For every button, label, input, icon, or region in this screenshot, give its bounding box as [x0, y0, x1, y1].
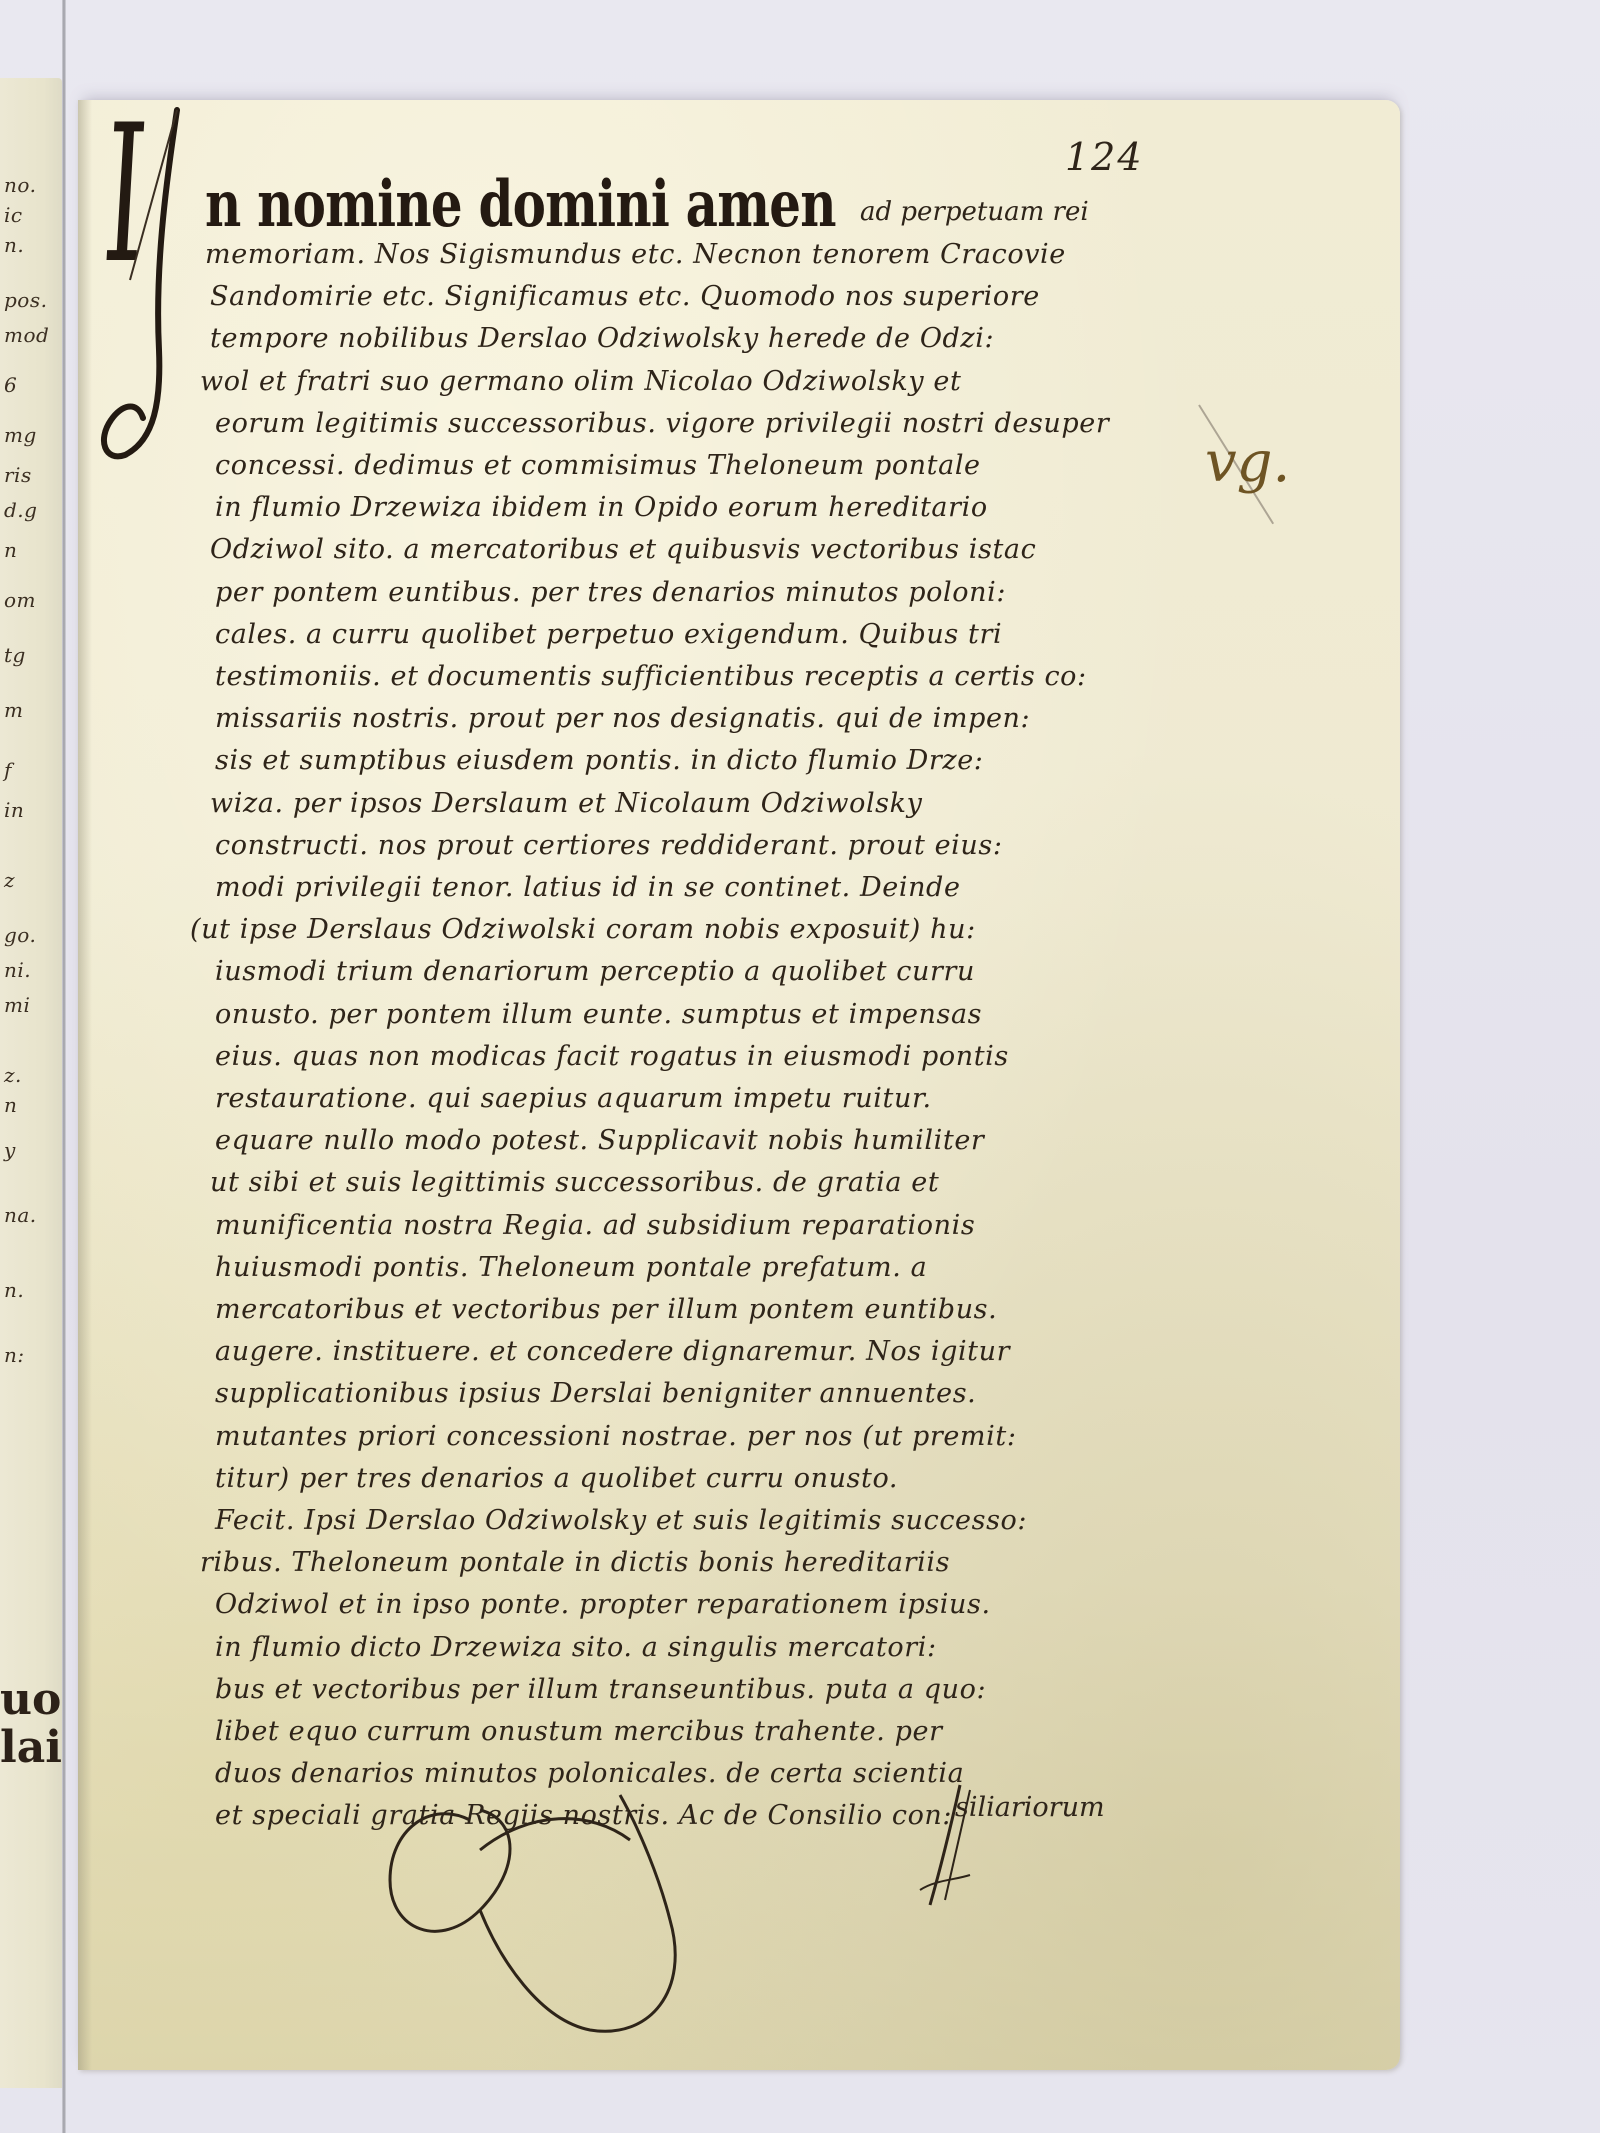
manuscript-line: memoriam. Nos Sigismundus etc. Necnon te…	[205, 238, 1066, 272]
notarial-flourish-icon	[370, 1790, 730, 2050]
manuscript-line: wol et fratri suo germano olim Nicolao O…	[200, 365, 961, 399]
left-margin-fragment: mg	[4, 423, 37, 447]
left-margin-fragment: n.	[4, 1278, 24, 1302]
manuscript-line: wiza. per ipsos Derslaum et Nicolaum Odz…	[210, 787, 922, 821]
manuscript-line: Odziwol et in ipso ponte. propter repara…	[215, 1588, 991, 1622]
left-margin-fragment: tg	[4, 643, 26, 667]
left-page-large-text-2: lai	[0, 1726, 62, 1770]
folio-number: 124	[1065, 135, 1144, 179]
left-margin-fragment: z.	[4, 1063, 22, 1087]
left-margin-fragment: n.	[4, 233, 24, 257]
manuscript-line: in flumio dicto Drzewiza sito. a singuli…	[215, 1631, 937, 1665]
manuscript-line: eorum legitimis successoribus. vigore pr…	[215, 407, 1109, 441]
manuscript-line: restauratione. qui saepius aquarum impet…	[215, 1082, 932, 1116]
manuscript-line: Odziwol sito. a mercatoribus et quibusvi…	[210, 533, 1036, 567]
manuscript-line: iusmodi trium denariorum perceptio a quo…	[215, 955, 975, 989]
left-margin-fragment: in	[4, 798, 24, 822]
manuscript-line: onusto. per pontem illum eunte. sumptus …	[215, 998, 982, 1032]
manuscript-line: Sandomirie etc. Significamus etc. Quomod…	[210, 280, 1040, 314]
manuscript-line: mutantes priori concessioni nostrae. per…	[215, 1420, 1017, 1454]
left-page: no.icn.pos.mod6mgrisd.gnomtgmfinzgo.ni.m…	[0, 78, 62, 2088]
book-gutter	[62, 0, 66, 2133]
left-margin-fragment: ni.	[4, 958, 31, 982]
manuscript-line: ribus. Theloneum pontale in dictis bonis…	[200, 1546, 950, 1580]
left-margin-fragment: n	[4, 1093, 17, 1117]
left-margin-fragment: na.	[4, 1203, 37, 1227]
signature-stroke-icon	[910, 1780, 980, 1910]
manuscript-line: titur) per tres denarios a quolibet curr…	[215, 1462, 898, 1496]
manuscript-line: equare nullo modo potest. Supplicavit no…	[215, 1124, 984, 1158]
left-margin-fragment: f	[4, 758, 12, 782]
manuscript-line: concessi. dedimus et commisimus Theloneu…	[215, 449, 981, 483]
manuscript-line: per pontem euntibus. per tres denarios m…	[215, 576, 1006, 610]
manuscript-line: tempore nobilibus Derslao Odziwolsky her…	[210, 322, 994, 356]
manuscript-line: (ut ipse Derslaus Odziwolski coram nobis…	[190, 913, 976, 947]
left-margin-fragment: n	[4, 538, 17, 562]
left-margin-fragment: 6	[4, 373, 17, 397]
manuscript-line: eius. quas non modicas facit rogatus in …	[215, 1040, 1009, 1074]
manuscript-line: cales. a curru quolibet perpetuo exigend…	[215, 618, 1002, 652]
left-margin-fragment: no.	[4, 173, 36, 197]
left-margin-fragment: z	[4, 868, 15, 892]
left-margin-fragment: mi	[4, 993, 30, 1017]
manuscript-line: testimoniis. et documentis sufficientibu…	[215, 660, 1087, 694]
left-margin-fragment: om	[4, 588, 36, 612]
left-margin-fragment: n:	[4, 1343, 25, 1367]
document-title: n nomine domini amen	[205, 170, 836, 240]
manuscript-line: missariis nostris. prout per nos designa…	[215, 702, 1030, 736]
left-margin-fragment: pos.	[4, 288, 47, 312]
left-margin-fragment: ic	[4, 203, 23, 227]
manuscript-line: duos denarios minutos polonicales. de ce…	[215, 1757, 964, 1791]
manuscript-line: libet equo currum onustum mercibus trahe…	[215, 1715, 943, 1749]
left-page-large-text-1: uo	[0, 1678, 61, 1722]
manuscript-line: Fecit. Ipsi Derslao Odziwolsky et suis l…	[215, 1504, 1027, 1538]
manuscript-line: supplicationibus ipsius Derslai benignit…	[215, 1377, 976, 1411]
left-margin-fragment: d.g	[4, 498, 37, 522]
manuscript-line: augere. instituere. et concedere dignare…	[215, 1335, 1010, 1369]
left-margin-fragment: m	[4, 698, 23, 722]
margin-annotation: vg.	[1205, 430, 1290, 495]
manuscript-line: munificentia nostra Regia. ad subsidium …	[215, 1209, 975, 1243]
left-margin-fragment: go.	[4, 923, 36, 947]
left-margin-fragment: ris	[4, 463, 32, 487]
title-continuation: ad perpetuam rei	[860, 197, 1089, 227]
left-margin-fragment: y	[4, 1138, 16, 1162]
manuscript-line: sis et sumptibus eiusdem pontis. in dict…	[215, 744, 984, 778]
initial-flourish-icon	[95, 100, 225, 480]
manuscript-line: ut sibi et suis legittimis successoribus…	[210, 1166, 939, 1200]
manuscript-line: in flumio Drzewiza ibidem in Opido eorum…	[215, 491, 988, 525]
left-margin-fragment: mod	[4, 323, 49, 347]
manuscript-line: constructi. nos prout certiores reddider…	[215, 829, 1003, 863]
manuscript-line: mercatoribus et vectoribus per illum pon…	[215, 1293, 997, 1327]
manuscript-line: modi privilegii tenor. latius id in se c…	[215, 871, 961, 905]
manuscript-line: huiusmodi pontis. Theloneum pontale pref…	[215, 1251, 927, 1285]
manuscript-line: bus et vectoribus per illum transeuntibu…	[215, 1673, 986, 1707]
